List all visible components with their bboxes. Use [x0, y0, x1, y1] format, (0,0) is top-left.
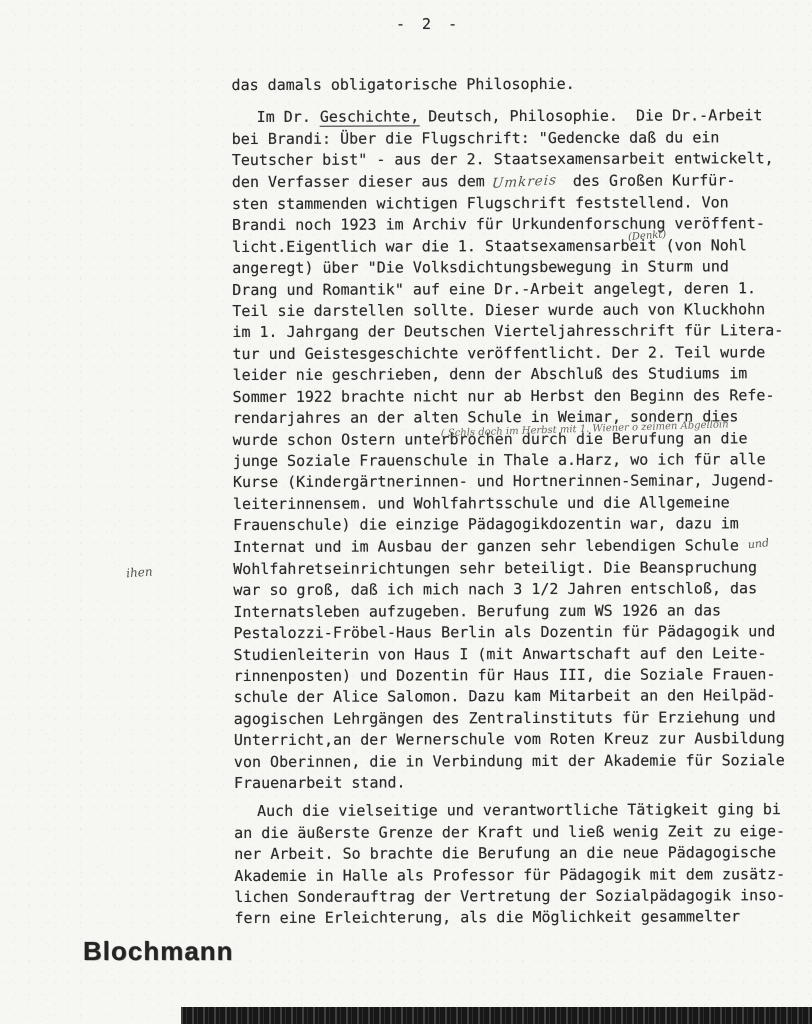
paragraph-main: Im Dr. Geschichte, Deutsch, Philosophie.…: [232, 105, 812, 794]
typed-lines: angeregt) über "Die Volksdichtungsbewegu…: [232, 256, 812, 429]
typed-body-text: das damals obligatorische Philosophie. I…: [232, 73, 812, 930]
paragraph-intro: das damals obligatorische Philosophie.: [232, 73, 812, 97]
signature-stamp: Blochmann: [83, 936, 234, 967]
line-suffix: Deutsch, Philosophie. Die Dr.-Arbeit: [419, 107, 762, 126]
line-part: Wohlfahretseinrichtungen sehr beteiligt.…: [233, 558, 757, 578]
typed-line-with-interlinear-note: wurde schon Ostern unterbrochen durch di…: [233, 427, 812, 451]
scan-edge-artifact-band: [181, 1007, 812, 1024]
line-prefix: Im Dr.: [257, 108, 320, 126]
paragraph-closing: Auch die vielseitige und verantwortliche…: [234, 799, 812, 930]
typed-line-with-margin-note: ihenWohlfahretseinrichtungen sehr beteil…: [233, 557, 812, 581]
typed-lines: sten stammenden wichtigen Flugschrift fe…: [232, 192, 812, 237]
typed-lines: junge Soziale Frauenschule in Thale a.Ha…: [233, 449, 812, 537]
typed-lines: bei Brandi: Über die Flugschrift: "Geden…: [232, 127, 812, 172]
underlined-word: Geschichte,: [320, 108, 419, 127]
handwritten-umkreis-annotation: Umkreis: [491, 170, 558, 195]
line-part: licht.Eigentlich war die 1. Staatsexamen…: [232, 236, 747, 256]
line-part: den Verfasser dieser aus dem: [232, 172, 485, 191]
handwritten-margin-note: ihen: [125, 561, 153, 584]
typed-line-with-note: licht.Eigentlich war die 1. Staatsexamen…: [232, 235, 812, 259]
typed-line-im-dr: Im Dr. Geschichte, Deutsch, Philosophie.…: [232, 105, 812, 129]
handwritten-und-insertion: und: [746, 532, 769, 556]
scanned-page: - 2 - das damals obligatorische Philosop…: [0, 0, 812, 1024]
typed-line-with-insertion: den Verfasser dieser aus demUmkreisdes G…: [232, 170, 812, 195]
typed-line-with-und: Internat und im Ausbau der ganzen sehr l…: [233, 534, 812, 559]
page-number: - 2 -: [396, 15, 461, 33]
typed-lines: war so groß, daß ich mich nach 3 1/2 Jah…: [233, 578, 812, 794]
line-part: des Großen Kurfür-: [573, 171, 736, 190]
handwritten-note-above-line: (Denkt): [627, 224, 667, 248]
line-part: Internat und im Ausbau der ganzen sehr l…: [233, 536, 739, 556]
